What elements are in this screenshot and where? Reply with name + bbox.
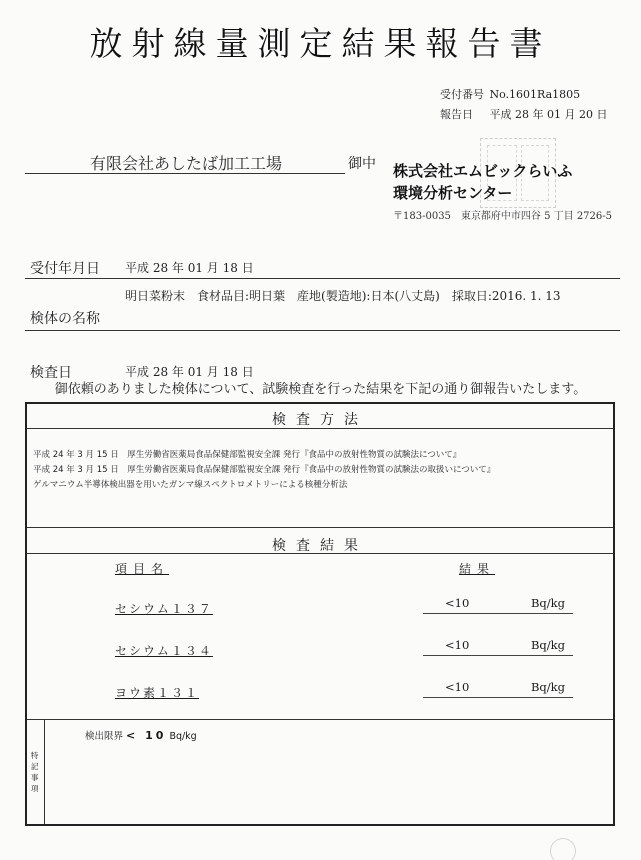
divider (25, 330, 620, 331)
report-date-label: 報告日 (440, 106, 486, 122)
sample-name-value: 明日菜粉末 食材品目:明日葉 産地(製造地):日本(八丈島) 採取日:2016.… (125, 287, 561, 304)
received-date-label: 受付年月日 (30, 258, 100, 278)
method-heading: 検査方法 (27, 409, 613, 429)
divider (27, 553, 613, 554)
detection-limit-unit: Bq/kg (169, 731, 196, 742)
result-value-i131: <10 Bq/kg (423, 680, 573, 698)
received-date-value: 平成 28 年 01 月 18 日 (125, 259, 254, 276)
detection-limit-value: < 10 (126, 729, 166, 742)
result-value-cs137: <10 Bq/kg (423, 596, 573, 614)
addressee-honorific: 御中 (348, 153, 376, 173)
intro-text: 御依頼のありました検体について、試験検査を行った結果を下記の通り御報告いたします… (0, 378, 641, 397)
sample-name-label: 検体の名称 (30, 308, 100, 328)
partial-seal-icon (550, 838, 576, 860)
document-title: 放射線量測定結果報告書 (0, 18, 641, 65)
method-line-3: ゲルマニウム半導体検出器を用いたガンマ線スペクトロメトリーによる核種分析法 (33, 478, 347, 490)
divider (27, 428, 613, 429)
receipt-number-value: No.1601Ra1805 (490, 88, 581, 101)
divider (27, 527, 613, 528)
result-unit: Bq/kg (531, 638, 565, 652)
receipt-number: 受付番号 No.1601Ra1805 (440, 86, 580, 102)
results-heading: 検査結果 (27, 535, 613, 555)
detection-limit-label: 検出限界 (85, 731, 123, 742)
divider (25, 278, 620, 279)
column-header-result: 結果 (459, 560, 495, 577)
result-unit: Bq/kg (531, 596, 565, 610)
result-value-cs134: <10 Bq/kg (423, 638, 573, 656)
result-item-i131: ヨウ素１３１ (115, 684, 199, 701)
method-line-2: 平成 24 年 3 月 15 日 厚生労働省医薬局食品保健部監視安全課 発行『食… (33, 463, 495, 475)
notes-label-cell: 特記事項 (27, 720, 45, 824)
result-value: <10 (445, 638, 469, 652)
result-item-cs134: セシウム１３４ (115, 642, 213, 659)
notes-label: 特記事項 (31, 750, 40, 794)
result-item-cs137: セシウム１３７ (115, 600, 213, 617)
issuer-department: 環境分析センター (393, 182, 512, 203)
report-date: 報告日 平成 28 年 01 月 20 日 (440, 106, 607, 122)
detection-limit: 検出限界 < 10 Bq/kg (85, 728, 197, 742)
issuer-company: 株式会社エムビックらいふ (393, 160, 572, 181)
result-unit: Bq/kg (531, 680, 565, 694)
column-header-item: 項目名 (115, 560, 169, 577)
addressee-name: 有限会社あしたば加工工場 (90, 151, 282, 174)
result-value: <10 (445, 596, 469, 610)
report-date-value: 平成 28 年 01 月 20 日 (490, 108, 608, 121)
addressee-underline (25, 173, 345, 174)
receipt-number-label: 受付番号 (440, 86, 486, 102)
result-value: <10 (445, 680, 469, 694)
issuer-address: 〒183-0035 東京都府中市四谷 5 丁目 2726-5 (393, 207, 612, 222)
notes-section: 特記事項 検出限界 < 10 Bq/kg (27, 720, 613, 824)
results-box: 検査方法 平成 24 年 3 月 15 日 厚生労働省医薬局食品保健部監視安全課… (25, 402, 615, 826)
method-line-1: 平成 24 年 3 月 15 日 厚生労働省医薬局食品保健部監視安全課 発行『食… (33, 448, 461, 460)
